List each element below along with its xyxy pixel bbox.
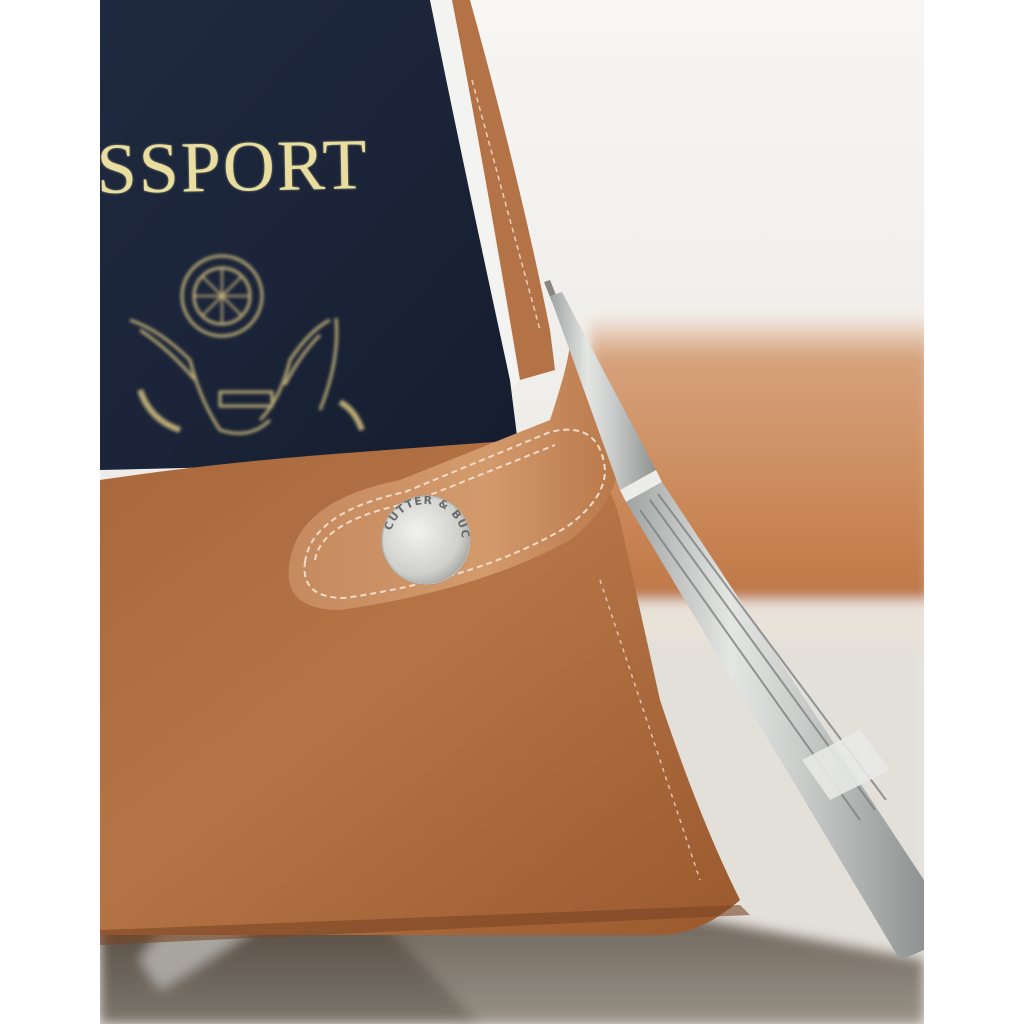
passport-cover-title: SSPORT bbox=[100, 123, 369, 211]
passport-cover bbox=[100, 0, 520, 470]
product-photo: CUTTER & BUCK SSPORT bbox=[100, 0, 924, 1024]
